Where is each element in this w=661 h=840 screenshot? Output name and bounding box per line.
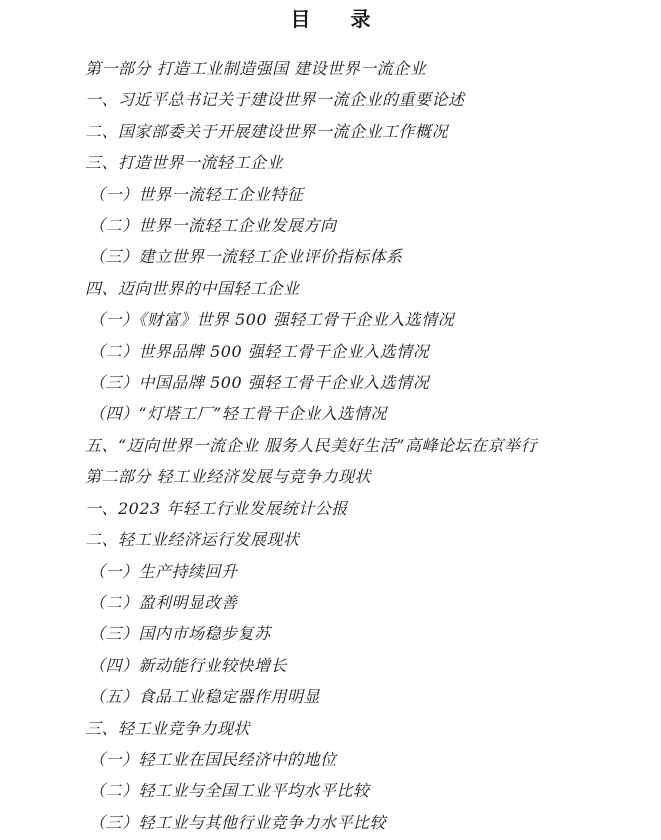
toc-entry: 三、轻工业竞争力现状 (85, 713, 661, 744)
toc-entry: 第一部分 打造工业制造强国 建设世界一流企业 (85, 53, 661, 84)
toc-entry: （二）轻工业与全国工业平均水平比较 (85, 775, 661, 806)
toc-entry: （二）世界一流轻工企业发展方向 (85, 210, 661, 241)
toc-page: 目 录 第一部分 打造工业制造强国 建设世界一流企业一、习近平总书记关于建设世界… (0, 0, 661, 840)
page-title: 目 录 (0, 0, 661, 31)
toc-entry: （三）轻工业与其他行业竞争力水平比较 (85, 807, 661, 838)
toc-entry: 一、2023 年轻工行业发展统计公报 (85, 493, 661, 524)
toc-entry: （三）中国品牌 500 强轻工骨干企业入选情况 (85, 367, 661, 398)
toc-entry: （一）生产持续回升 (85, 556, 661, 587)
toc-entry: 四、迈向世界的中国轻工企业 (85, 273, 661, 304)
toc-entry: 五、“迈向世界一流企业 服务人民美好生活”高峰论坛在京举行 (85, 430, 661, 461)
toc-entry: （四）“灯塔工厂”轻工骨干企业入选情况 (85, 398, 661, 429)
toc-entry: （二）盈利明显改善 (85, 587, 661, 618)
toc-entry: （二）世界品牌 500 强轻工骨干企业入选情况 (85, 336, 661, 367)
toc-entry: （四）新动能行业较快增长 (85, 650, 661, 681)
toc-entry: 一、习近平总书记关于建设世界一流企业的重要论述 (85, 84, 661, 115)
toc-entry: （五）食品工业稳定器作用明显 (85, 681, 661, 712)
toc-entry: 二、国家部委关于开展建设世界一流企业工作概况 (85, 116, 661, 147)
toc-entry: 三、打造世界一流轻工企业 (85, 147, 661, 178)
toc-entry: （三）建立世界一流轻工企业评价指标体系 (85, 241, 661, 272)
toc-entry: 二、轻工业经济运行发展现状 (85, 524, 661, 555)
toc-entries: 第一部分 打造工业制造强国 建设世界一流企业一、习近平总书记关于建设世界一流企业… (0, 53, 661, 838)
toc-entry: （一）世界一流轻工企业特征 (85, 179, 661, 210)
toc-entry: （一）轻工业在国民经济中的地位 (85, 744, 661, 775)
toc-entry: （三）国内市场稳步复苏 (85, 618, 661, 649)
toc-entry: （一）《财富》世界 500 强轻工骨干企业入选情况 (85, 304, 661, 335)
toc-entry: 第二部分 轻工业经济发展与竞争力现状 (85, 461, 661, 492)
